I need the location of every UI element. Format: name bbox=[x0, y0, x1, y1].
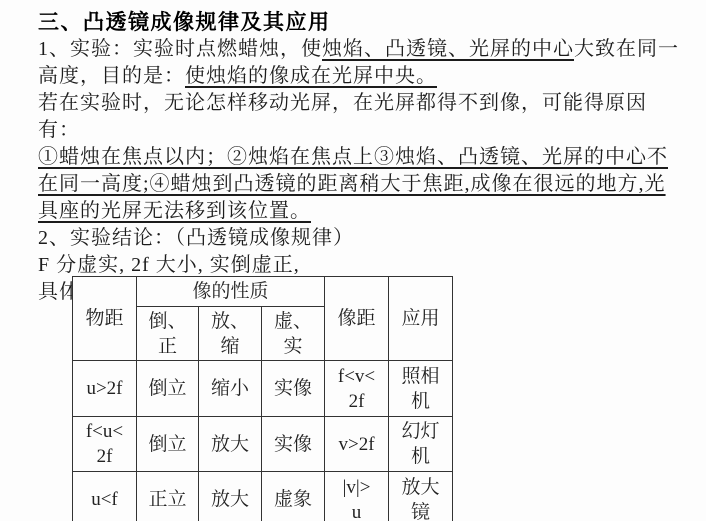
cell-image-distance: |v|> u bbox=[325, 472, 389, 521]
cell-application: 幻灯 机 bbox=[389, 417, 453, 472]
cell-orientation: 倒立 bbox=[137, 361, 199, 417]
table-row: f<u< 2f 倒立 放大 实像 v>2f 幻灯 机 bbox=[73, 417, 453, 472]
cell-object-distance: f<u< 2f bbox=[73, 417, 137, 472]
cell-image-distance: v>2f bbox=[325, 417, 389, 472]
experiment-text: 1、实验：实验时点燃蜡烛，使 bbox=[38, 38, 322, 60]
cell-application: 放大 镜 bbox=[389, 472, 453, 521]
header-image-distance: 像距 bbox=[325, 277, 389, 361]
causes-intro-text: 若在实验时，无论怎样移动光屏，在光屏都得不到像，可能得原因有： bbox=[38, 92, 647, 141]
header-virtual-real: 虚、 实 bbox=[262, 307, 325, 361]
cell-application: 照相 机 bbox=[389, 361, 453, 417]
experiment-underlined-centers: 烛焰、凸透镜、光屏的中心 bbox=[322, 38, 574, 60]
lens-imaging-table: 物距 像的性质 像距 应用 倒、 正 放、 缩 虚、 实 u>2f 倒立 缩小 … bbox=[72, 276, 453, 521]
table-header-row-1: 物距 像的性质 像距 应用 bbox=[73, 277, 453, 307]
paragraph-no-image-causes: 若在实验时，无论怎样移动光屏，在光屏都得不到像，可能得原因有：①蜡烛在焦点以内；… bbox=[38, 90, 680, 225]
cell-image-distance: f<v< 2f bbox=[325, 361, 389, 417]
cell-size: 放大 bbox=[199, 417, 262, 472]
cell-size: 放大 bbox=[199, 472, 262, 521]
header-inverted-upright: 倒、 正 bbox=[137, 307, 199, 361]
header-magnified-reduced: 放、 缩 bbox=[199, 307, 262, 361]
cell-orientation: 正立 bbox=[137, 472, 199, 521]
document-page: 三、凸透镜成像规律及其应用 1、实验：实验时点燃蜡烛，使烛焰、凸透镜、光屏的中心… bbox=[0, 0, 706, 521]
cell-object-distance: u<f bbox=[73, 472, 137, 521]
cell-nature: 虚象 bbox=[262, 472, 325, 521]
header-application: 应用 bbox=[389, 277, 453, 361]
cell-nature: 实像 bbox=[262, 417, 325, 472]
document-title: 三、凸透镜成像规律及其应用 bbox=[38, 8, 686, 36]
paragraph-experiment: 1、实验：实验时点燃蜡烛，使烛焰、凸透镜、光屏的中心大致在同一高度，目的是：使烛… bbox=[38, 36, 680, 90]
cell-size: 缩小 bbox=[199, 361, 262, 417]
paragraph-mnemonic: F 分虚实, 2f 大小, 实倒虚正, bbox=[38, 252, 680, 279]
cell-orientation: 倒立 bbox=[137, 417, 199, 472]
table-row: u<f 正立 放大 虚象 |v|> u 放大 镜 bbox=[73, 472, 453, 521]
cell-nature: 实像 bbox=[262, 361, 325, 417]
paragraph-conclusion-heading: 2、实验结论：（凸透镜成像规律） bbox=[38, 225, 680, 252]
document-content: 三、凸透镜成像规律及其应用 1、实验：实验时点燃蜡烛，使烛焰、凸透镜、光屏的中心… bbox=[38, 8, 686, 306]
header-image-properties-group: 像的性质 bbox=[137, 277, 325, 307]
header-object-distance: 物距 bbox=[73, 277, 137, 361]
causes-underlined-list: ①蜡烛在焦点以内；②烛焰在焦点上③烛焰、凸透镜、光屏的中心不在同一高度;④蜡烛到… bbox=[38, 144, 680, 225]
cell-object-distance: u>2f bbox=[73, 361, 137, 417]
table-row: u>2f 倒立 缩小 实像 f<v< 2f 照相 机 bbox=[73, 361, 453, 417]
experiment-underlined-purpose: 使烛焰的像成在光屏中央。 bbox=[185, 65, 437, 87]
